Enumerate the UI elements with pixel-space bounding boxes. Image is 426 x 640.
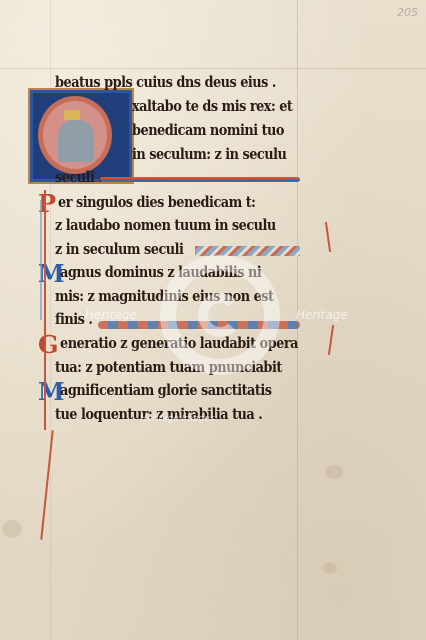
initial-letter: E [30,90,132,178]
pen-flourish-blue [40,200,42,320]
pen-flourish-right-2 [328,325,334,355]
text-line: xaltabo te ds mis rex: et [132,97,292,115]
manuscript-page: 205 E beatus ppls cuius dns deus eius . … [0,0,426,640]
text-line: beatus ppls cuius dns deus eius . [55,73,276,91]
pen-flourish-left [44,190,46,430]
watermark-text-left: Heritage [85,308,137,322]
pen-flourish-tail [40,430,53,540]
decorated-initial-g: G [38,333,59,357]
text-line: seculi . [55,168,102,186]
text-line: in seculum: z in seculu [132,145,286,163]
text-line: benedicam nomini tuo [132,121,284,139]
line-filler-bar [100,177,300,182]
watermark-copyright-icon [198,293,242,337]
ruling-line-top [0,68,426,69]
text-line: er singulos dies benedicam t: [58,193,255,211]
stain [325,465,343,479]
watermark-text-bottom: Heritage Images [140,414,215,424]
folio-number: 205 [397,6,418,19]
text-line: z in seculum seculi [55,240,183,258]
stain [2,520,22,538]
text-line: agnificentiam glorie sanctitatis [60,381,271,399]
text-line: z laudabo nomen tuum in seculu [55,216,276,234]
stain [323,562,337,574]
watermark-text-right: Heritage [296,308,348,322]
zigzag-filler [195,246,300,256]
pen-flourish-right [325,222,331,252]
